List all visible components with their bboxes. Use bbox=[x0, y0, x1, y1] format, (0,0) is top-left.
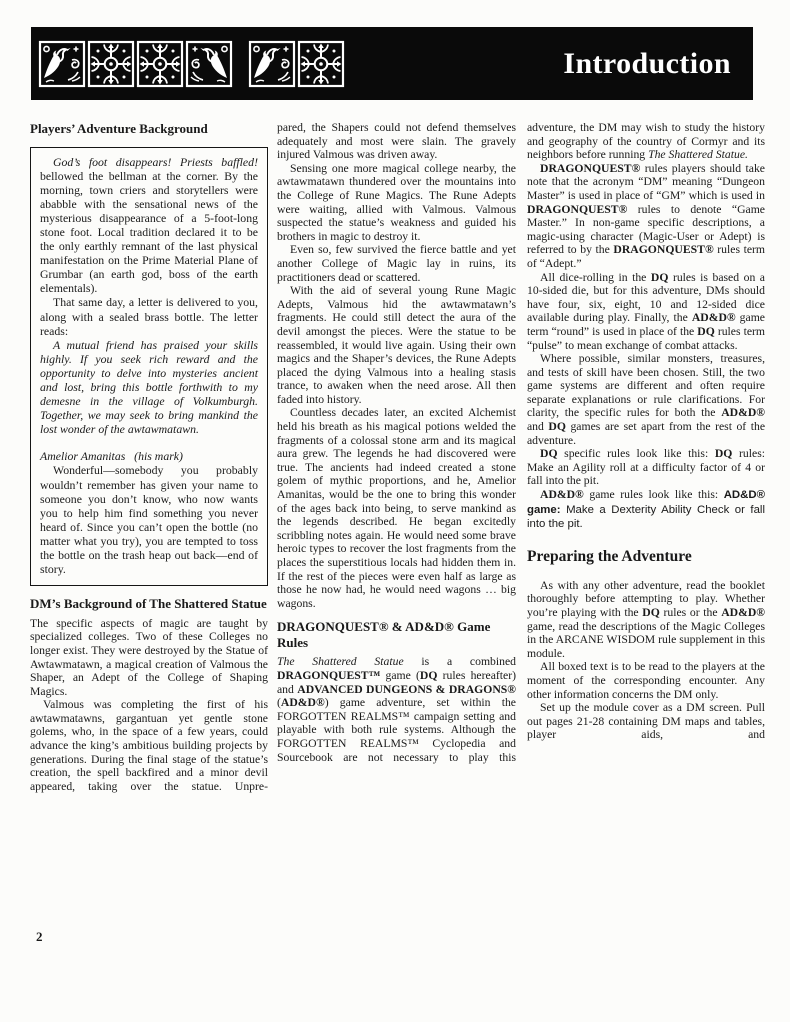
document-page: Introduction Players’ Adventure Backgrou… bbox=[0, 0, 790, 1022]
section-heading: Preparing the Adventure bbox=[527, 547, 765, 566]
section-heading: DRAGONQUEST® & AD&D® Game Rules bbox=[277, 619, 516, 650]
paragraph: All boxed text is to be read to the play… bbox=[527, 660, 765, 701]
paragraph: The specific aspects of magic are taught… bbox=[30, 617, 268, 699]
page-number: 2 bbox=[36, 929, 43, 945]
paragraph: That same day, a letter is delivered to … bbox=[40, 295, 258, 337]
text-segment: Sensing one more magical college nearby,… bbox=[277, 162, 516, 243]
text-segment: That same day, a letter is delivered to … bbox=[40, 295, 258, 337]
paragraph: A mutual friend has praised your skills … bbox=[40, 338, 258, 437]
chapter-title: Introduction bbox=[563, 47, 753, 81]
text-segment: pared, the Shapers could not defend them… bbox=[277, 121, 516, 161]
paragraph: God’s foot disappears! Priests baffled! … bbox=[40, 155, 258, 296]
ornament-gap bbox=[234, 40, 247, 88]
floral-ornament-icon bbox=[297, 40, 345, 88]
text-segment: Even so, few survived the fierce battle … bbox=[277, 243, 516, 283]
text-segment: DQ bbox=[697, 325, 715, 338]
text-column-1: Players’ Adventure BackgroundGod’s foot … bbox=[30, 121, 268, 793]
bird-ornament-icon bbox=[248, 40, 296, 88]
text-segment: Set up the module cover as a DM screen. … bbox=[527, 701, 765, 741]
paragraph: All dice-rolling in the DQ rules is base… bbox=[527, 271, 765, 353]
paragraph: Valmous was completing the first of his … bbox=[30, 698, 268, 793]
text-segment: DQ bbox=[715, 447, 733, 460]
section-heading: Players’ Adventure Background bbox=[30, 121, 268, 137]
paragraph: Sensing one more magical college nearby,… bbox=[277, 162, 516, 244]
text-segment: Valmous was completing the first of his … bbox=[30, 698, 268, 793]
paragraph: AD&D® game rules look like this: AD&D® g… bbox=[527, 488, 765, 532]
paragraph: As with any other adventure, read the bo… bbox=[527, 579, 765, 661]
paragraph: Countless decades later, an excited Alch… bbox=[277, 406, 516, 610]
text-segment: AD&D® bbox=[721, 606, 765, 619]
paragraph: DRAGONQUEST® rules players should take n… bbox=[527, 162, 765, 271]
text-segment: Countless decades later, an excited Alch… bbox=[277, 406, 516, 609]
paragraph: With the aid of several young Rune Magic… bbox=[277, 284, 516, 406]
paragraph: The Shattered Statue is a combined DRAGO… bbox=[277, 655, 516, 764]
text-column-2: pared, the Shapers could not defend them… bbox=[277, 121, 516, 764]
text-segment: AD&D® bbox=[692, 311, 736, 324]
text-segment: God’s foot disappears! Priests baffled! bbox=[53, 155, 258, 169]
text-segment: AD&D® bbox=[721, 406, 765, 419]
floral-ornament-icon bbox=[87, 40, 135, 88]
text-segment: DRAGONQUEST® bbox=[613, 243, 713, 256]
paragraph: Where possible, similar monsters, treasu… bbox=[527, 352, 765, 447]
ornament-strip bbox=[38, 40, 345, 88]
text-segment: specific rules look like this: bbox=[558, 447, 715, 460]
text-segment: is a combined bbox=[404, 655, 516, 668]
text-segment: Amelior Amanitas (his mark) bbox=[40, 449, 183, 463]
text-segment: game rules look like this: bbox=[584, 488, 724, 501]
text-segment: ADVANCED DUNGEONS & DRAGONS® bbox=[297, 683, 516, 696]
text-segment: rules or the bbox=[660, 606, 721, 619]
text-segment: DQ bbox=[548, 420, 566, 433]
paragraph: DQ specific rules look like this: DQ rul… bbox=[527, 447, 765, 488]
paragraph: Amelior Amanitas (his mark) bbox=[40, 449, 258, 463]
text-segment: All dice-rolling in the bbox=[540, 271, 651, 284]
paragraph: pared, the Shapers could not defend them… bbox=[277, 121, 516, 162]
paragraph: Set up the module cover as a DM screen. … bbox=[527, 701, 765, 742]
text-segment: The Shattered Statue bbox=[277, 655, 404, 668]
text-segment: The specific aspects of magic are taught… bbox=[30, 617, 268, 698]
text-segment: DRAGONQUEST® bbox=[527, 203, 627, 216]
text-segment: DRAGONQUEST® bbox=[540, 162, 640, 175]
text-segment: A mutual friend has praised your skills … bbox=[40, 338, 258, 437]
text-segment: The Shattered Statue. bbox=[648, 148, 748, 161]
paragraph: Wonderful—somebody you probably wouldn’t… bbox=[40, 463, 258, 576]
text-segment: AD&D® bbox=[540, 488, 584, 501]
text-segment: and bbox=[527, 420, 548, 433]
chapter-header-band: Introduction bbox=[31, 27, 753, 100]
text-segment: DQ bbox=[642, 606, 660, 619]
text-segment: With the aid of several young Rune Magic… bbox=[277, 284, 516, 406]
text-segment: Wonderful—somebody you probably wouldn’t… bbox=[40, 463, 258, 576]
boxed-read-aloud-text: God’s foot disappears! Priests baffled! … bbox=[30, 147, 268, 587]
paragraph: Even so, few survived the fierce battle … bbox=[277, 243, 516, 284]
text-segment: All boxed text is to be read to the play… bbox=[527, 660, 765, 700]
text-segment: AD&D® bbox=[281, 696, 325, 709]
section-heading: DM’s Background of The Shattered Statue bbox=[30, 596, 268, 612]
text-segment: DRAGONQUEST™ bbox=[277, 669, 380, 682]
text-column-3: adventure, the DM may wish to study the … bbox=[527, 121, 765, 742]
bird-ornament-icon bbox=[38, 40, 86, 88]
text-segment: DQ bbox=[540, 447, 558, 460]
text-segment: DQ bbox=[651, 271, 669, 284]
text-segment: game ( bbox=[380, 669, 420, 682]
text-segment: Make a Dexterity Ability Check or fall i… bbox=[527, 504, 765, 531]
text-segment: bellowed the bellman at the corner. By t… bbox=[40, 169, 258, 296]
text-segment: game, read the descriptions of the Magic… bbox=[527, 620, 765, 660]
paragraph: adventure, the DM may wish to study the … bbox=[527, 121, 765, 162]
floral-ornament-icon bbox=[136, 40, 184, 88]
bird-ornament-mirrored-icon bbox=[185, 40, 233, 88]
text-segment: DQ bbox=[420, 669, 438, 682]
